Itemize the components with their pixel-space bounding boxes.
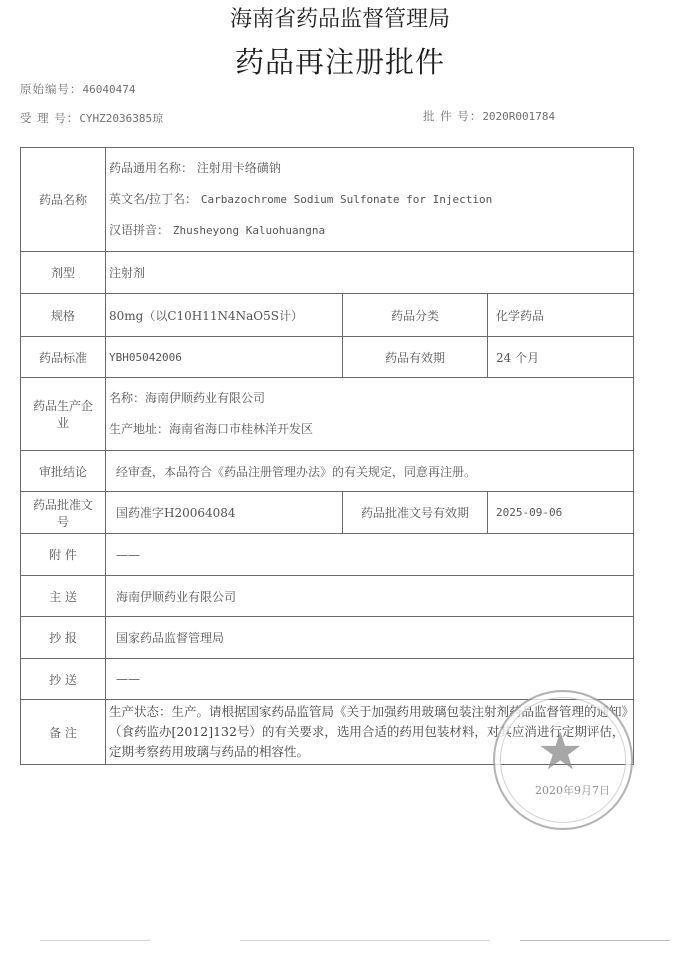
row-drug-standard: 药品标准 YBH05042006 药品有效期 24 个月 <box>21 337 634 378</box>
approval-document-number-label: 批 件 号： <box>423 109 482 123</box>
row-conclusion: 审批结论 经审查，本品符合《药品注册管理办法》的有关规定，同意再注册。 <box>21 451 634 492</box>
row-remarks: 备 注 生产状态：生产。请根据国家药品监管局《关于加强药用玻璃包装注射剂药品监督… <box>21 700 634 765</box>
main-recipient-value: 海南伊顺药业有限公司 <box>106 576 634 617</box>
manufacturer-address: 生产地址：海南省海口市桂林洋开发区 <box>109 414 625 445</box>
specification-value: 80mg（以C10H11N4NaO5S计） <box>106 294 343 337</box>
original-number: 原始编号：46040474 <box>20 81 135 97</box>
manufacturer-name: 名称：海南伊顺药业有限公司 <box>109 383 625 414</box>
drug-name-cell: 药品通用名称： 注射用卡络磺钠 英文名/拉丁名： Carbazochrome S… <box>106 148 634 252</box>
conclusion-value: 经审查，本品符合《药品注册管理办法》的有关规定，同意再注册。 <box>106 451 634 492</box>
manufacturer-name-label: 名称： <box>109 391 145 405</box>
row-copy-to: 抄 送 —— <box>21 659 634 700</box>
original-number-label: 原始编号： <box>20 82 83 96</box>
specification-label: 规格 <box>21 294 106 337</box>
approval-document-number-value: 2020R001784 <box>482 110 555 123</box>
generic-name: 药品通用名称： 注射用卡络磺钠 <box>109 153 625 184</box>
remarks-label: 备 注 <box>21 700 106 765</box>
pinyin-value: Zhusheyong Kaluohuangna <box>173 224 325 237</box>
approval-number-value: 国药准字H20064084 <box>106 492 343 534</box>
drug-category-value: 化学药品 <box>488 294 634 337</box>
acceptance-number-value: CYHZ2036385琼 <box>79 112 163 125</box>
shelf-life-value: 24 个月 <box>488 337 634 378</box>
original-number-value: 46040474 <box>83 83 136 96</box>
remarks-value: 生产状态：生产。请根据国家药品监管局《关于加强药用玻璃包装注射剂药品监督管理的通… <box>109 700 629 764</box>
row-specification: 规格 80mg（以C10H11N4NaO5S计） 药品分类 化学药品 <box>21 294 634 337</box>
row-dosage-form: 剂型 注射剂 <box>21 252 634 294</box>
dosage-form-label: 剂型 <box>21 252 106 294</box>
acceptance-number-label: 受 理 号： <box>20 111 79 125</box>
manufacturer-address-label: 生产地址： <box>109 422 169 436</box>
english-name-value: Carbazochrome Sodium Sulfonate for Injec… <box>201 193 492 206</box>
dosage-form-value: 注射剂 <box>106 252 634 294</box>
report-to-value: 国家药品监督管理局 <box>106 617 634 659</box>
row-attachment: 附 件 —— <box>21 534 634 576</box>
attachment-label: 附 件 <box>21 534 106 576</box>
report-to-label: 抄 报 <box>21 617 106 659</box>
copy-to-label: 抄 送 <box>21 659 106 700</box>
copy-to-value: —— <box>106 659 634 700</box>
conclusion-label: 审批结论 <box>21 451 106 492</box>
issuing-agency: 海南省药品监督管理局 <box>0 2 680 33</box>
drug-standard-label: 药品标准 <box>21 337 106 378</box>
registration-form-table: 药品名称 药品通用名称： 注射用卡络磺钠 英文名/拉丁名： Carbazochr… <box>20 147 634 765</box>
generic-name-value: 注射用卡络磺钠 <box>197 161 281 175</box>
manufacturer-name-value: 海南伊顺药业有限公司 <box>145 391 265 405</box>
manufacturer-label: 药品生产企业 <box>21 378 106 451</box>
acceptance-number: 受 理 号：CYHZ2036385琼 <box>20 110 163 126</box>
english-name-label: 英文名/拉丁名： <box>109 192 197 206</box>
scan-artifact <box>240 940 490 941</box>
manufacturer-address-value: 海南省海口市桂林洋开发区 <box>169 422 313 436</box>
generic-name-label: 药品通用名称： <box>109 161 193 175</box>
remarks-cell: 生产状态：生产。请根据国家药品监管局《关于加强药用玻璃包装注射剂药品监督管理的通… <box>106 700 634 765</box>
scan-artifact <box>40 940 150 941</box>
row-report-to: 抄 报 国家药品监督管理局 <box>21 617 634 659</box>
scan-artifact <box>520 940 670 941</box>
shelf-life-label: 药品有效期 <box>343 337 488 378</box>
attachment-value: —— <box>106 534 634 576</box>
document-title: 药品再注册批件 <box>0 40 680 81</box>
approval-validity-value: 2025-09-06 <box>488 492 634 534</box>
seal-date: 2020年9月7日 <box>535 782 610 798</box>
row-manufacturer: 药品生产企业 名称：海南伊顺药业有限公司 生产地址：海南省海口市桂林洋开发区 <box>21 378 634 451</box>
manufacturer-cell: 名称：海南伊顺药业有限公司 生产地址：海南省海口市桂林洋开发区 <box>106 378 634 451</box>
drug-name-label: 药品名称 <box>21 148 106 252</box>
pinyin-name: 汉语拼音： Zhusheyong Kaluohuangna <box>109 215 625 246</box>
row-approval-number: 药品批准文号 国药准字H20064084 药品批准文号有效期 2025-09-0… <box>21 492 634 534</box>
approval-document-number: 批 件 号：2020R001784 <box>423 108 555 124</box>
approval-number-label: 药品批准文号 <box>21 492 106 534</box>
english-name: 英文名/拉丁名： Carbazochrome Sodium Sulfonate … <box>109 184 625 215</box>
pinyin-label: 汉语拼音： <box>109 223 169 237</box>
main-recipient-label: 主 送 <box>21 576 106 617</box>
drug-standard-value: YBH05042006 <box>106 337 343 378</box>
row-main-recipient: 主 送 海南伊顺药业有限公司 <box>21 576 634 617</box>
row-drug-name: 药品名称 药品通用名称： 注射用卡络磺钠 英文名/拉丁名： Carbazochr… <box>21 148 634 252</box>
drug-category-label: 药品分类 <box>343 294 488 337</box>
approval-validity-label: 药品批准文号有效期 <box>343 492 488 534</box>
